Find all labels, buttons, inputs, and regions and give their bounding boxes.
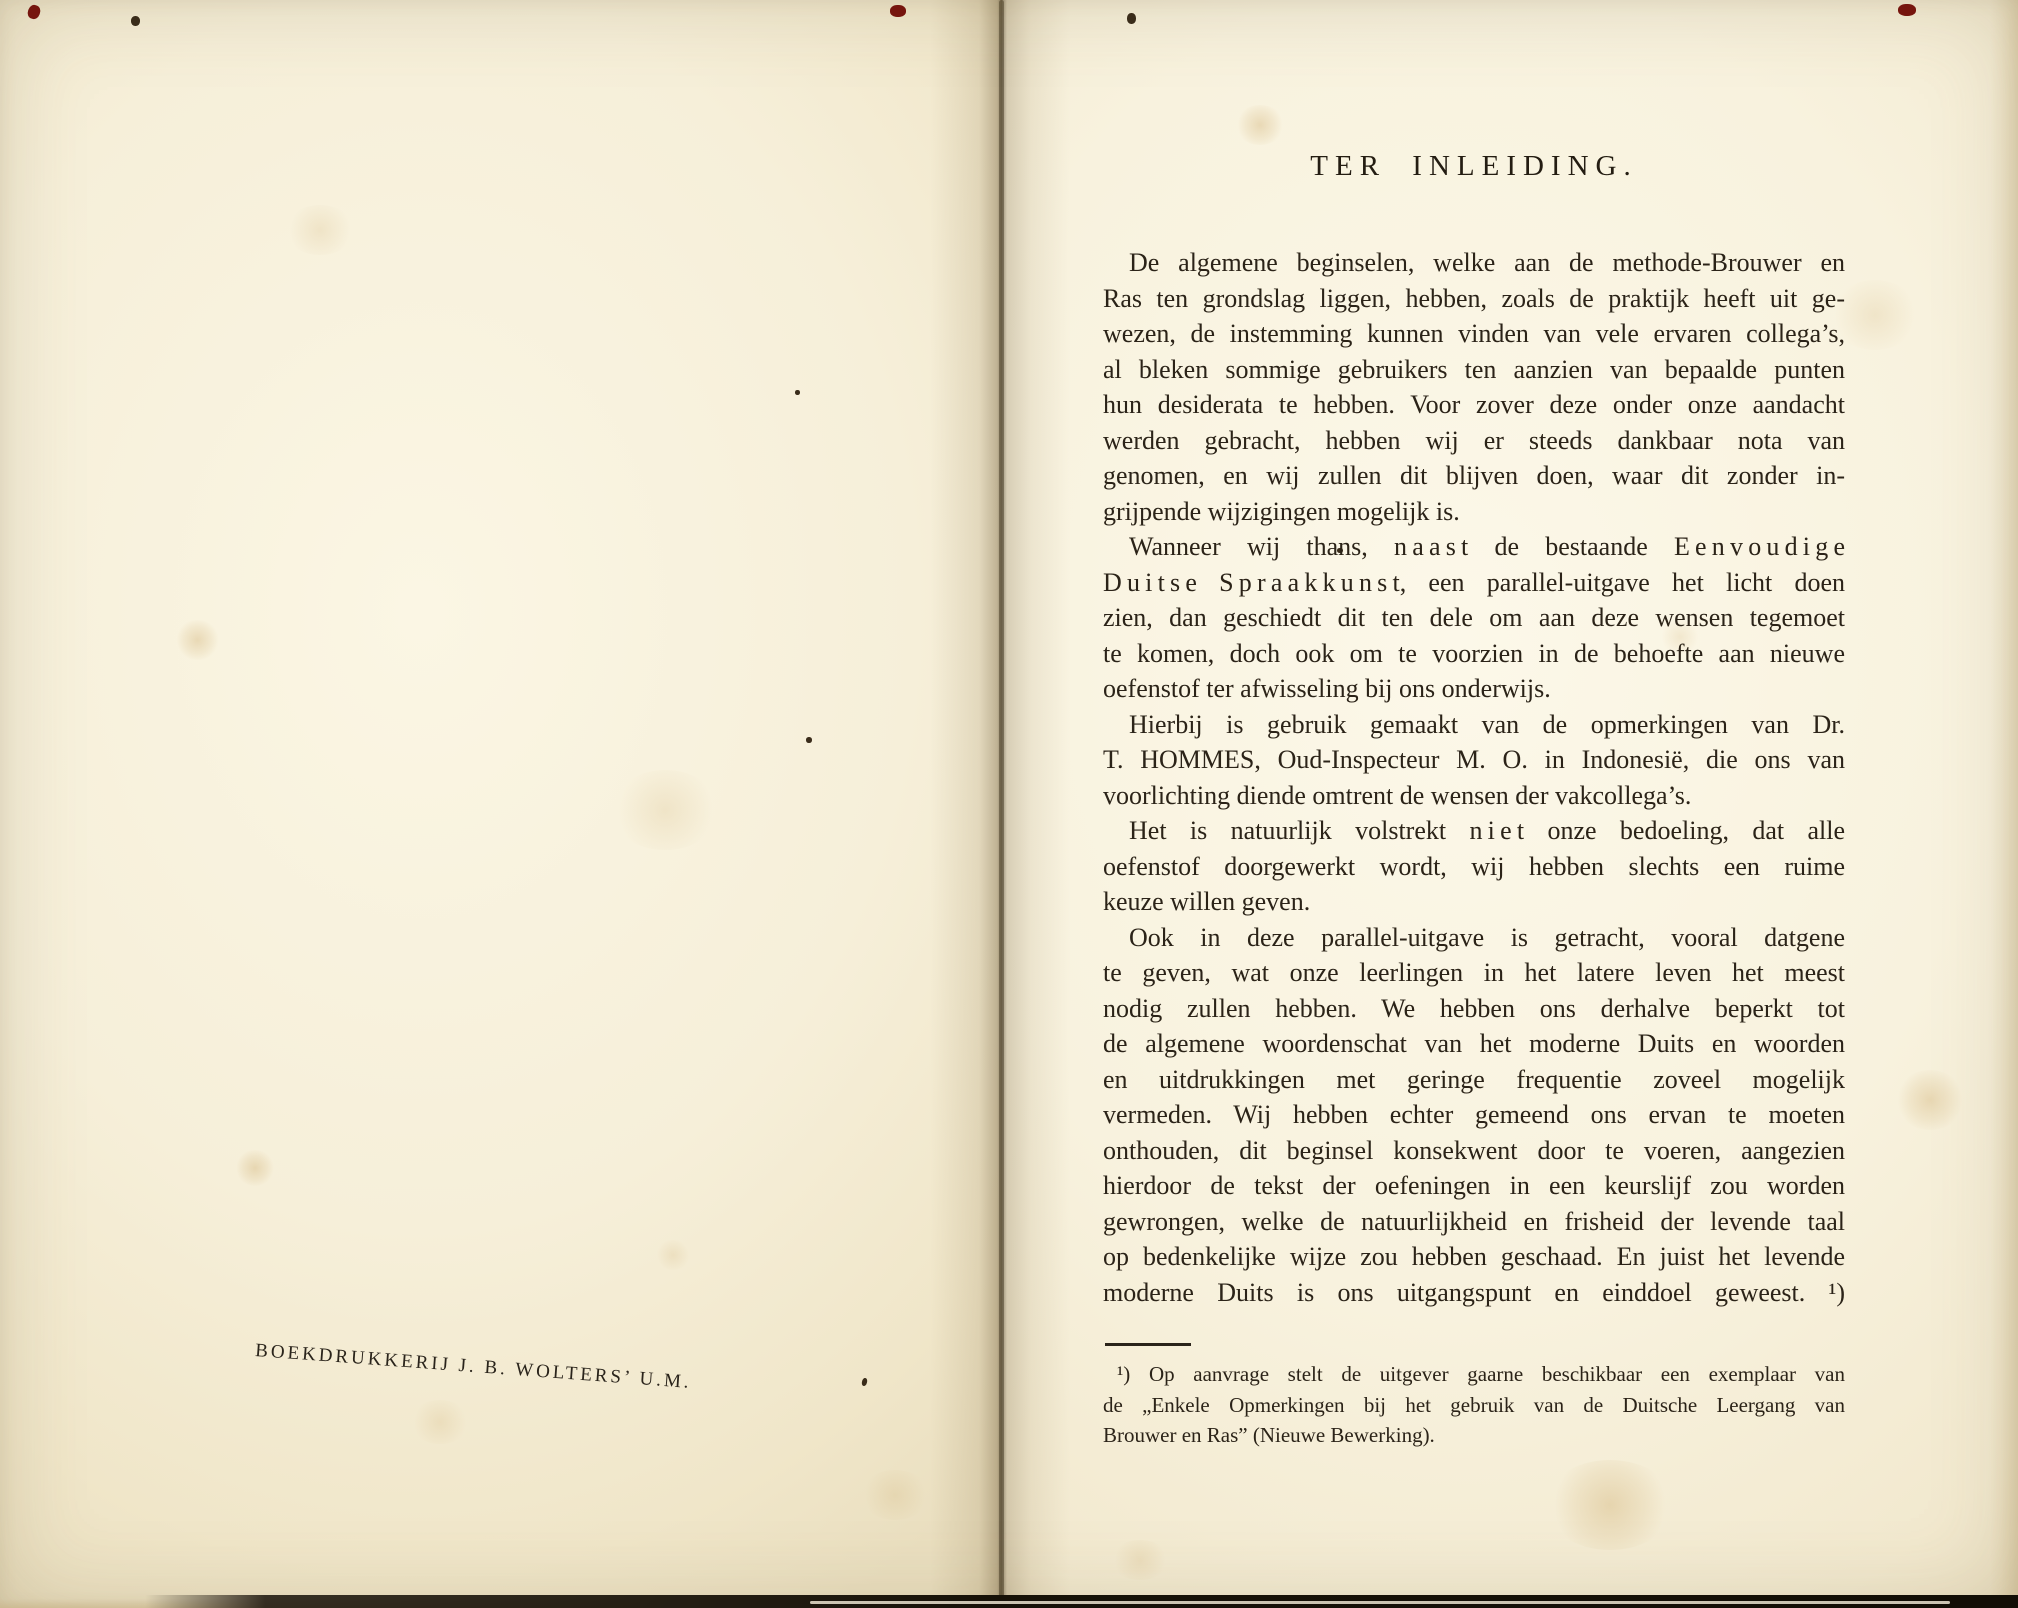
text-line: nodig zullen hebben. We hebben ons derha… <box>1103 991 1845 1027</box>
text-line: werden gebracht, hebben wij er steeds da… <box>1103 423 1845 459</box>
text-line: op bedenkelijke wijze zou hebben geschaa… <box>1103 1239 1845 1275</box>
text-line: zien, dan geschiedt dit ten dele om aan … <box>1103 600 1845 636</box>
text-block: TER INLEIDING. De algemene beginselen, w… <box>1103 150 1845 1451</box>
book-scan: BOEKDRUKKERIJ J. B. WOLTERS’ U.M. TER IN… <box>0 0 2018 1608</box>
paragraph: Ook in deze parallel-uitgave is getracht… <box>1103 920 1845 1311</box>
text-line: en uitdrukkingen met geringe frequentie … <box>1103 1062 1845 1098</box>
text-line: oefenstof doorgewerkt wordt, wij hebben … <box>1103 849 1845 885</box>
text-line: Het is natuurlijk volstrekt n i e t onze… <box>1103 813 1845 849</box>
paragraph: Wanneer wij thans, n a a s t de bestaand… <box>1103 529 1845 707</box>
text-line: Wanneer wij thans, n a a s t de bestaand… <box>1103 529 1845 565</box>
paragraph: Hierbij is gebruik gemaakt van de opmerk… <box>1103 707 1845 814</box>
paragraph: Het is natuurlijk volstrekt n i e t onze… <box>1103 813 1845 920</box>
text-line: Ook in deze parallel-uitgave is getracht… <box>1103 920 1845 956</box>
text-line: wezen, de instemming kunnen vinden van v… <box>1103 316 1845 352</box>
footnote-separator <box>1105 1343 1191 1346</box>
text-line: de algemene woordenschat van het moderne… <box>1103 1026 1845 1062</box>
text-line: T. HOMMES, Oud-Inspecteur M. O. in Indon… <box>1103 742 1845 778</box>
text-line: te geven, wat onze leerlingen in het lat… <box>1103 955 1845 991</box>
text-line: te komen, doch ook om te voorzien in de … <box>1103 636 1845 672</box>
footnote: ¹) Op aanvrage stelt de uitgever gaarne … <box>1103 1359 1845 1451</box>
footnote-line: ¹) Op aanvrage stelt de uitgever gaarne … <box>1103 1359 1845 1390</box>
text-line: oefenstof ter afwisseling bij ons onderw… <box>1103 671 1845 707</box>
text-line: gewrongen, welke de natuurlijkheid en fr… <box>1103 1204 1845 1240</box>
text-line: onthouden, dit beginsel konsekwent door … <box>1103 1133 1845 1169</box>
footnote-line: Brouwer en Ras” (Nieuwe Bewerking). <box>1103 1420 1845 1451</box>
text-line: genomen, en wij zullen dit blijven doen,… <box>1103 458 1845 494</box>
text-line: voorlichting diende omtrent de wensen de… <box>1103 778 1845 814</box>
paragraph: De algemene beginselen, welke aan de met… <box>1103 245 1845 529</box>
text-line: vermeden. Wij hebben echter gemeend ons … <box>1103 1097 1845 1133</box>
text-line: keuze willen geven. <box>1103 884 1845 920</box>
footnote-line: de „Enkele Opmerkingen bij het gebruik v… <box>1103 1390 1845 1421</box>
text-line: D u i t s e S p r a a k k u n s t, een p… <box>1103 565 1845 601</box>
text-line: al bleken sommige gebruikers ten aanzien… <box>1103 352 1845 388</box>
text-line: Ras ten grondslag liggen, hebben, zoals … <box>1103 281 1845 317</box>
text-line: hierdoor de tekst der oefeningen in een … <box>1103 1168 1845 1204</box>
text-line: Hierbij is gebruik gemaakt van de opmerk… <box>1103 707 1845 743</box>
text-line: hun desiderata te hebben. Voor zover dez… <box>1103 387 1845 423</box>
page-bottom-edge <box>145 1595 2018 1608</box>
page-title: TER INLEIDING. <box>1103 150 1845 183</box>
text-line: De algemene beginselen, welke aan de met… <box>1103 245 1845 281</box>
text-line: moderne Duits is ons uitgangspunt en ein… <box>1103 1275 1845 1311</box>
text-line: grijpende wijzigingen mogelijk is. <box>1103 494 1845 530</box>
